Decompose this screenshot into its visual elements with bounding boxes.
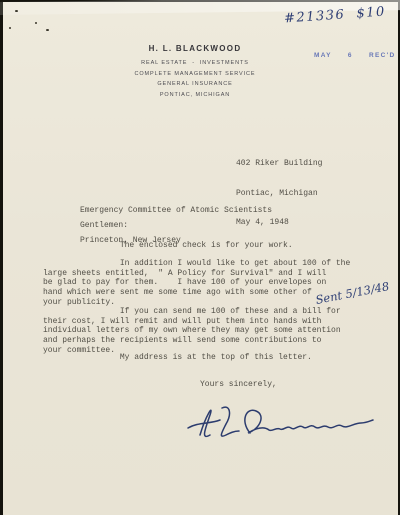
paper-speck: [35, 22, 37, 24]
signature-handwriting: [184, 395, 376, 453]
closing: Yours sincerely,: [200, 380, 277, 390]
body-paragraph-3: If you can send me 100 of these and a bi…: [43, 307, 341, 356]
letterhead-line-3: GENERAL INSURANCE: [95, 79, 295, 90]
return-address-line-1: 402 Riker Building: [236, 159, 322, 169]
scanned-letter: #21336 $10 MAY 6 REC'D H. L. BLACKWOOD R…: [0, 0, 400, 515]
paper-speck: [15, 10, 18, 12]
body-paragraph-2: In addition I would like to get about 10…: [43, 259, 350, 308]
letterhead: H. L. BLACKWOOD REAL ESTATE - INVESTMENT…: [95, 44, 295, 100]
letterhead-line-4: PONTIAC, MICHIGAN: [95, 90, 295, 101]
paper-speck: [46, 29, 49, 31]
recipient-line-1: Emergency Committee of Atomic Scientists: [80, 206, 272, 216]
body-paragraph-1: The enclosed check is for your work.: [43, 241, 293, 251]
letterhead-line-1: REAL ESTATE - INVESTMENTS: [95, 58, 295, 69]
letterhead-line-2: COMPLETE MANAGEMENT SERVICE: [95, 69, 295, 80]
letter-paper: #21336 $10 MAY 6 REC'D H. L. BLACKWOOD R…: [3, 2, 398, 515]
salutation: Gentlemen:: [80, 221, 128, 231]
body-paragraph-4: My address is at the top of this letter.: [43, 353, 312, 363]
paper-speck: [9, 27, 11, 29]
received-stamp: MAY 6 REC'D: [314, 52, 395, 59]
company-name: H. L. BLACKWOOD: [95, 44, 295, 53]
